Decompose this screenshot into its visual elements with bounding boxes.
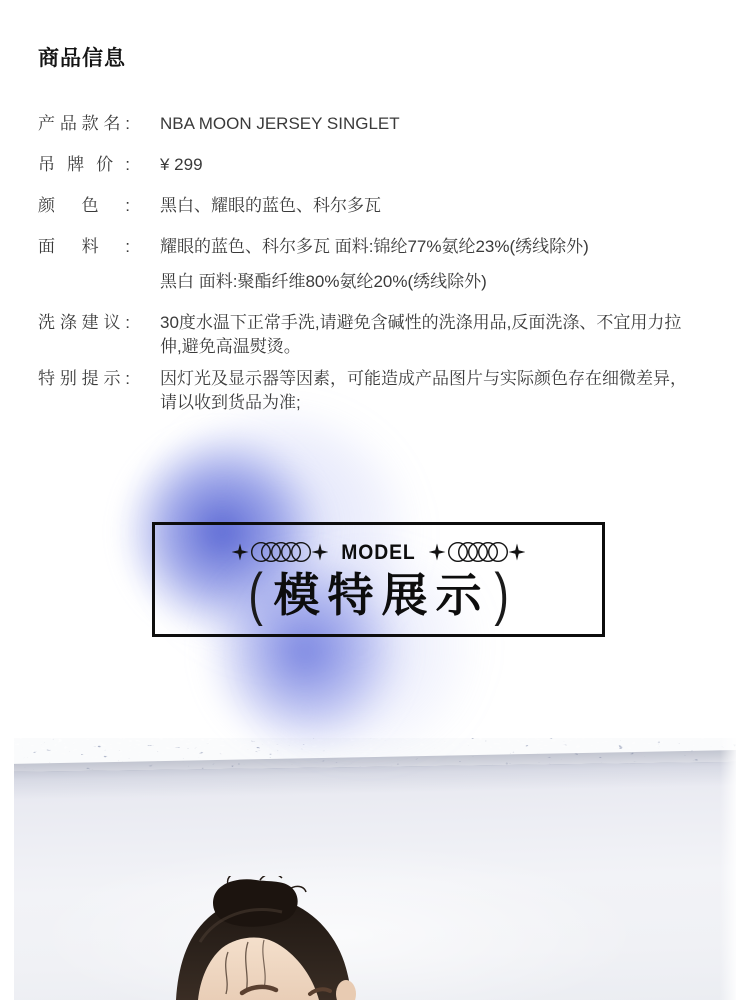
- value-line: 黑白 面料:聚酯纤维80%氨纶20%(绣线除外): [160, 270, 714, 294]
- value-line: 耀眼的蓝色、科尔多瓦 面料:锦纶77%氨纶23%(绣线除外): [160, 235, 714, 259]
- info-row-tag-price: 吊牌价: ¥ 299: [38, 153, 714, 177]
- value-line: 请以收到货品为准;: [160, 391, 714, 415]
- info-value-washing-advice: 30度水温下正常手洗,请避免含碱性的洗涤用品,反面洗涤、不宜用力拉 伸,避免高温…: [160, 311, 714, 359]
- info-value-special-notice: 因灯光及显示器等因素，可能造成产品图片与实际颜色存在细微差异， 请以收到货品为准…: [160, 367, 714, 415]
- info-label-tag-price: 吊牌价:: [38, 153, 130, 177]
- product-detail-page: 商品信息 产品款名: NBA MOON JERSEY SINGLET 吊牌价: …: [0, 0, 750, 1000]
- info-label-color: 颜色:: [38, 194, 130, 218]
- model-photo: [14, 738, 736, 1000]
- info-label-fabric: 面料:: [38, 235, 130, 259]
- value-line: ¥ 299: [160, 153, 714, 177]
- info-value-tag-price: ¥ 299: [160, 153, 714, 177]
- info-row-special-notice: 特别提示: 因灯光及显示器等因素，可能造成产品图片与实际颜色存在细微差异， 请以…: [38, 367, 714, 415]
- model-head-illustration: [164, 876, 364, 1000]
- info-row-color: 颜色: 黑白、耀眼的蓝色、科尔多瓦: [38, 194, 714, 218]
- value-line: 30度水温下正常手洗,请避免含碱性的洗涤用品,反面洗涤、不宜用力拉: [160, 311, 714, 335]
- banner-paren-close: ): [494, 569, 508, 621]
- value-line: 伸,避免高温熨烫。: [160, 335, 714, 359]
- model-label: MODEL: [341, 542, 415, 563]
- info-row-product-name: 产品款名: NBA MOON JERSEY SINGLET: [38, 112, 714, 136]
- banner-paren-open: (: [249, 569, 263, 621]
- model-section-banner: MODEL ( 模特展示 ): [152, 522, 605, 637]
- value-line: 因灯光及显示器等因素，可能造成产品图片与实际颜色存在细微差异，: [160, 367, 714, 391]
- wall-corner-highlight: [720, 738, 736, 1000]
- page-title: 商品信息: [38, 42, 126, 72]
- sparkle-rings-icon: [232, 537, 328, 567]
- info-label-product-name: 产品款名:: [38, 112, 130, 136]
- sparkle-rings-icon: [429, 537, 525, 567]
- info-value-product-name: NBA MOON JERSEY SINGLET: [160, 112, 714, 136]
- product-info-table: 产品款名: NBA MOON JERSEY SINGLET 吊牌价: ¥ 299…: [38, 112, 714, 415]
- value-line: NBA MOON JERSEY SINGLET: [160, 112, 714, 136]
- info-row-fabric: 面料: 耀眼的蓝色、科尔多瓦 面料:锦纶77%氨纶23%(绣线除外) 黑白 面料…: [38, 235, 714, 294]
- info-label-special-notice: 特别提示:: [38, 367, 130, 391]
- banner-title-row: ( 模特展示 ): [246, 569, 511, 621]
- info-label-washing-advice: 洗涤建议:: [38, 311, 130, 335]
- info-value-fabric: 耀眼的蓝色、科尔多瓦 面料:锦纶77%氨纶23%(绣线除外) 黑白 面料:聚酯纤…: [160, 235, 714, 294]
- value-line: 黑白、耀眼的蓝色、科尔多瓦: [160, 194, 714, 218]
- banner-title: 模特展示: [266, 570, 492, 621]
- info-value-color: 黑白、耀眼的蓝色、科尔多瓦: [160, 194, 714, 218]
- banner-decoration-row: MODEL: [232, 537, 525, 567]
- info-row-washing-advice: 洗涤建议: 30度水温下正常手洗,请避免含碱性的洗涤用品,反面洗涤、不宜用力拉 …: [38, 311, 714, 359]
